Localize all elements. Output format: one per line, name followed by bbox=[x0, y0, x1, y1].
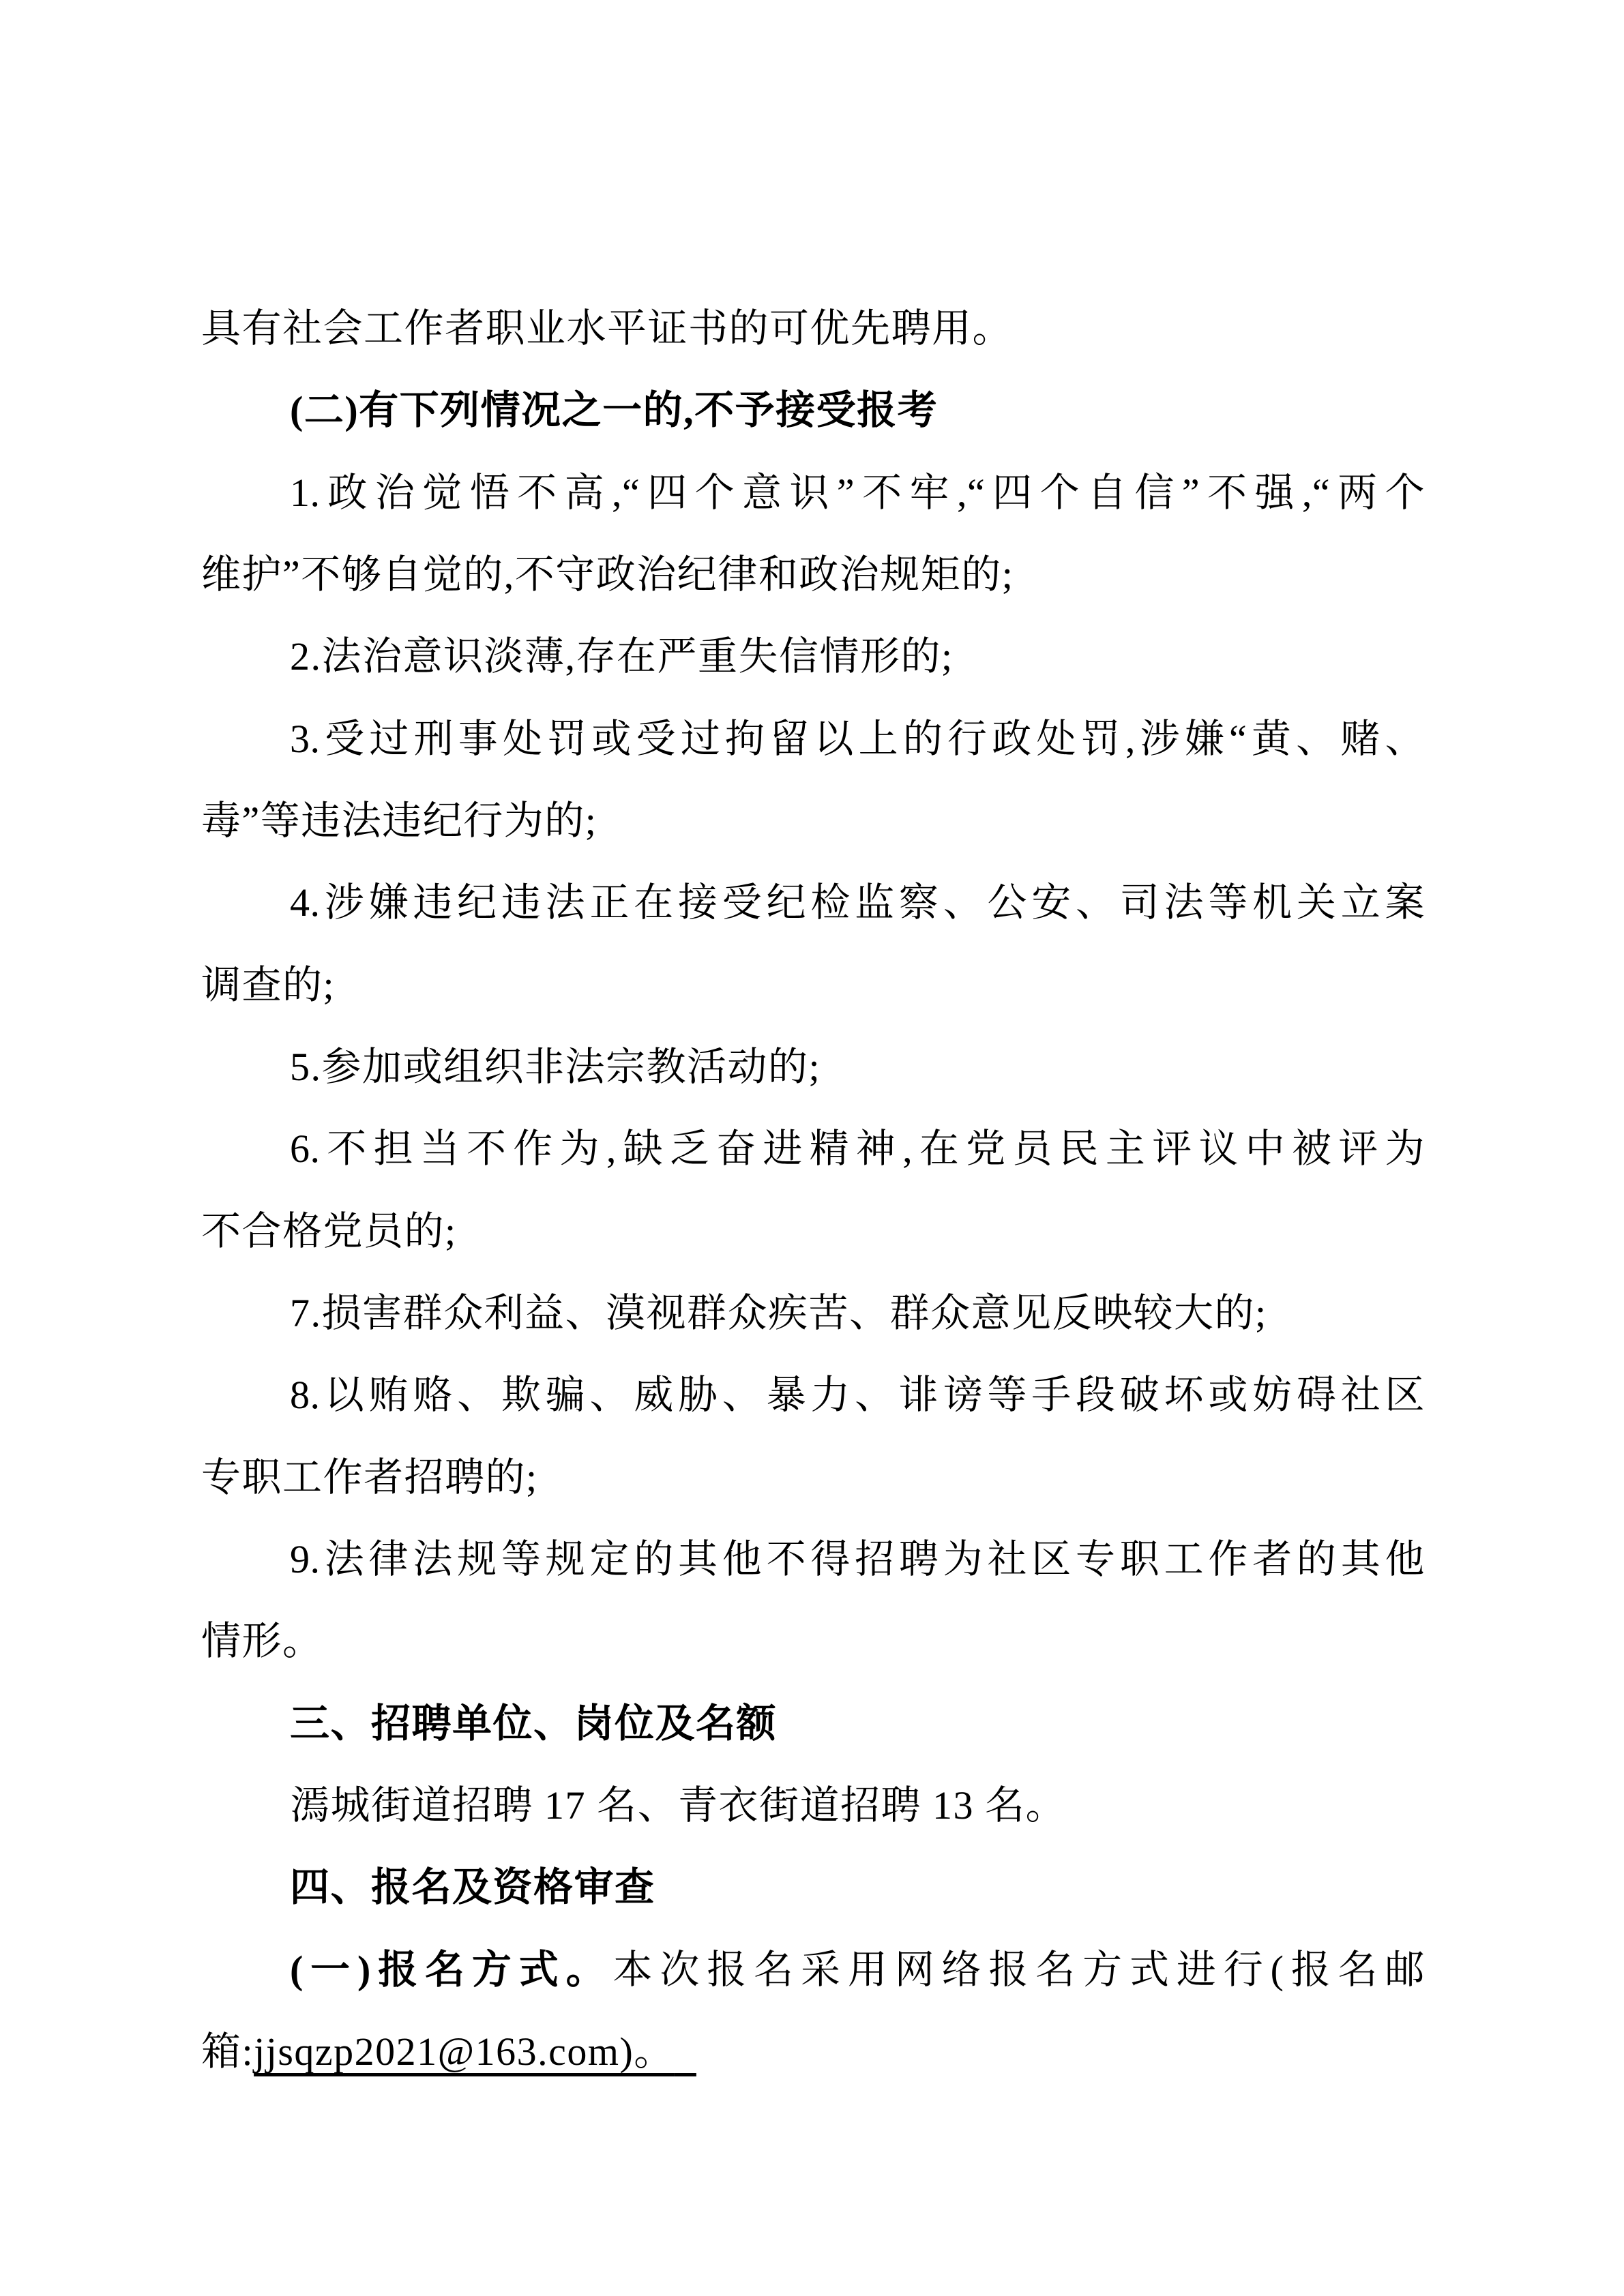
text-run: 毒”等违法违纪行为的; bbox=[201, 799, 597, 843]
text-run: 四、报名及资格审查 bbox=[290, 1865, 655, 1909]
doc-line-12: 不合格党员的; bbox=[201, 1191, 1425, 1272]
doc-line-20: 四、报名及资格审查 bbox=[201, 1847, 1425, 1928]
doc-line-2: (二)有下列情况之一的,不予接受报考 bbox=[201, 370, 1425, 451]
text-run: 情形。 bbox=[201, 1619, 323, 1663]
text-run: 6.不担当不作为,缺乏奋进精神,在党员民主评议中被评为 bbox=[290, 1127, 1425, 1171]
doc-line-7: 毒”等违法违纪行为的; bbox=[201, 780, 1425, 862]
doc-line-5: 2.法治意识淡薄,存在严重失信情形的; bbox=[201, 616, 1425, 698]
doc-line-1: 具有社会工作者职业水平证书的可优先聘用。 bbox=[201, 288, 1425, 370]
text-run: 具有社会工作者职业水平证书的可优先聘用。 bbox=[201, 306, 1013, 351]
doc-line-18: 三、招聘单位、岗位及名额 bbox=[201, 1683, 1425, 1765]
text-run: 8.以贿赂、欺骗、威胁、暴力、诽谤等手段破坏或妨碍社区 bbox=[290, 1373, 1425, 1417]
text-run: (一)报名方式。 bbox=[290, 1948, 613, 1992]
doc-line-13: 7.损害群众利益、漠视群众疾苦、群众意见反映较大的; bbox=[201, 1272, 1425, 1354]
text-run: 3.受过刑事处罚或受过拘留以上的行政处罚,涉嫌“黄、赌、 bbox=[290, 717, 1425, 761]
document-body: 具有社会工作者职业水平证书的可优先聘用。(二)有下列情况之一的,不予接受报考1.… bbox=[201, 288, 1425, 2093]
doc-line-16: 9.法律法规等规定的其他不得招聘为社区专职工作者的其他 bbox=[201, 1519, 1425, 1600]
text-run: 5.参加或组织非法宗教活动的; bbox=[290, 1045, 821, 1089]
text-run: 9.法律法规等规定的其他不得招聘为社区专职工作者的其他 bbox=[290, 1537, 1425, 1581]
text-run: 不合格党员的; bbox=[201, 1209, 457, 1253]
text-run: 箱: bbox=[201, 2029, 254, 2074]
document-page: 具有社会工作者职业水平证书的可优先聘用。(二)有下列情况之一的,不予接受报考1.… bbox=[0, 0, 1624, 2296]
text-run: 7.损害群众利益、漠视群众疾苦、群众意见反映较大的; bbox=[290, 1291, 1267, 1335]
text-run: 本次报名采用网络报名方式进行(报名邮 bbox=[613, 1948, 1425, 1992]
text-run: (二)有下列情况之一的,不予接受报考 bbox=[290, 388, 938, 432]
doc-line-22: 箱:jjsqzp2021@163.com)。 bbox=[201, 2011, 1425, 2093]
doc-line-19: 漹城街道招聘 17 名、青衣街道招聘 13 名。 bbox=[201, 1765, 1425, 1847]
doc-line-11: 6.不担当不作为,缺乏奋进精神,在党员民主评议中被评为 bbox=[201, 1108, 1425, 1190]
text-run: 专职工作者招聘的; bbox=[201, 1455, 538, 1500]
text-run: 2.法治意识淡薄,存在严重失信情形的; bbox=[290, 634, 954, 679]
text-run: 维护”不够自觉的,不守政治纪律和政治规矩的; bbox=[201, 552, 1014, 597]
doc-line-17: 情形。 bbox=[201, 1600, 1425, 1682]
email-link[interactable]: jjsqzp2021@163.com)。 bbox=[254, 2029, 696, 2074]
doc-line-4: 维护”不够自觉的,不守政治纪律和政治规矩的; bbox=[201, 534, 1425, 616]
text-run: 漹城街道招聘 17 名、青衣街道招聘 13 名。 bbox=[290, 1783, 1066, 1828]
text-run: 三、招聘单位、岗位及名额 bbox=[290, 1701, 777, 1746]
doc-line-9: 调查的; bbox=[201, 944, 1425, 1026]
text-run: 4.涉嫌违纪违法正在接受纪检监察、公安、司法等机关立案 bbox=[290, 880, 1425, 925]
text-run: 调查的; bbox=[201, 963, 335, 1007]
doc-line-6: 3.受过刑事处罚或受过拘留以上的行政处罚,涉嫌“黄、赌、 bbox=[201, 698, 1425, 780]
doc-line-10: 5.参加或组织非法宗教活动的; bbox=[201, 1026, 1425, 1108]
doc-line-8: 4.涉嫌违纪违法正在接受纪检监察、公安、司法等机关立案 bbox=[201, 862, 1425, 944]
doc-line-3: 1.政治觉悟不高,“四个意识”不牢,“四个自信”不强,“两个 bbox=[201, 452, 1425, 534]
doc-line-14: 8.以贿赂、欺骗、威胁、暴力、诽谤等手段破坏或妨碍社区 bbox=[201, 1354, 1425, 1436]
text-run: 1.政治觉悟不高,“四个意识”不牢,“四个自信”不强,“两个 bbox=[290, 471, 1425, 515]
doc-line-15: 专职工作者招聘的; bbox=[201, 1437, 1425, 1519]
doc-line-21: (一)报名方式。本次报名采用网络报名方式进行(报名邮 bbox=[201, 1929, 1425, 2011]
